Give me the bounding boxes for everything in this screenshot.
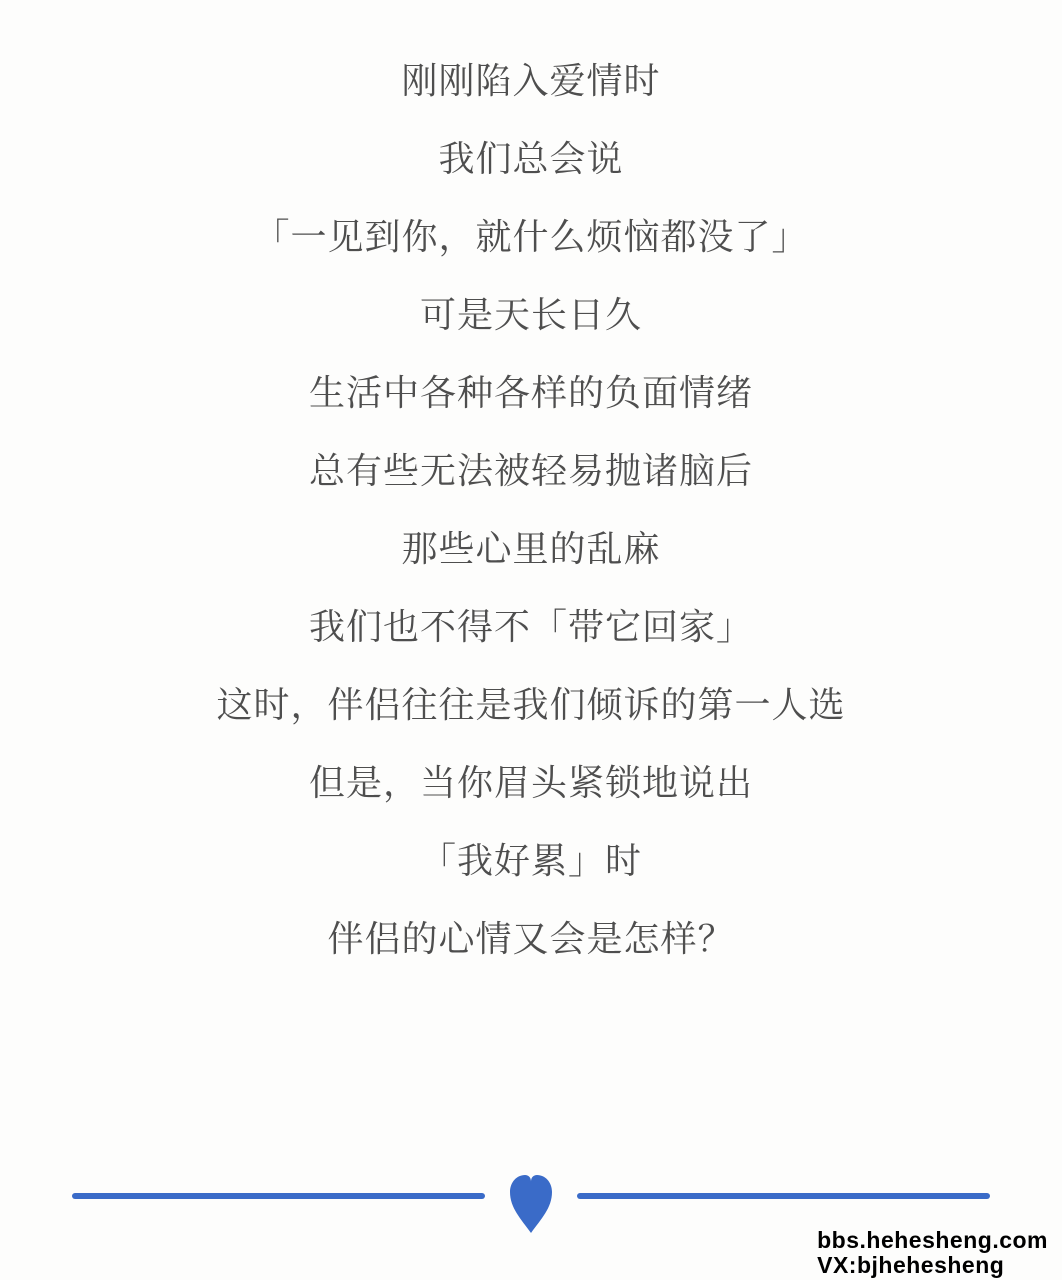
article-line: 但是，当你眉头紧锁地说出: [0, 744, 1062, 822]
article-line: 我们也不得不「带它回家」: [0, 588, 1062, 666]
article-line: 「一见到你，就什么烦恼都没了」: [0, 198, 1062, 276]
divider-line-right: [577, 1193, 990, 1199]
article-line: 伴侣的心情又会是怎样？: [0, 900, 1062, 978]
watermark-wechat: VX:bjhehesheng: [817, 1253, 1048, 1278]
article-line: 刚刚陷入爱情时: [0, 42, 1062, 120]
article-line: 「我好累」时: [0, 822, 1062, 900]
article-line: 生活中各种各样的负面情绪: [0, 354, 1062, 432]
article-line: 总有些无法被轻易抛诸脑后: [0, 432, 1062, 510]
article-line: 我们总会说: [0, 120, 1062, 198]
article-text-block: 刚刚陷入爱情时 我们总会说 「一见到你，就什么烦恼都没了」 可是天长日久 生活中…: [0, 42, 1062, 978]
watermark-site: bbs.hehesheng.com: [817, 1228, 1048, 1253]
article-line: 这时，伴侣往往是我们倾诉的第一人选: [0, 666, 1062, 744]
article-line: 那些心里的乱麻: [0, 510, 1062, 588]
watermark: bbs.hehesheng.com VX:bjhehesheng: [817, 1228, 1048, 1278]
divider-line-left: [72, 1193, 485, 1199]
article-line: 可是天长日久: [0, 276, 1062, 354]
section-divider: [72, 1164, 990, 1228]
heart-icon: [507, 1172, 555, 1236]
article-page: 刚刚陷入爱情时 我们总会说 「一见到你，就什么烦恼都没了」 可是天长日久 生活中…: [0, 0, 1062, 1280]
